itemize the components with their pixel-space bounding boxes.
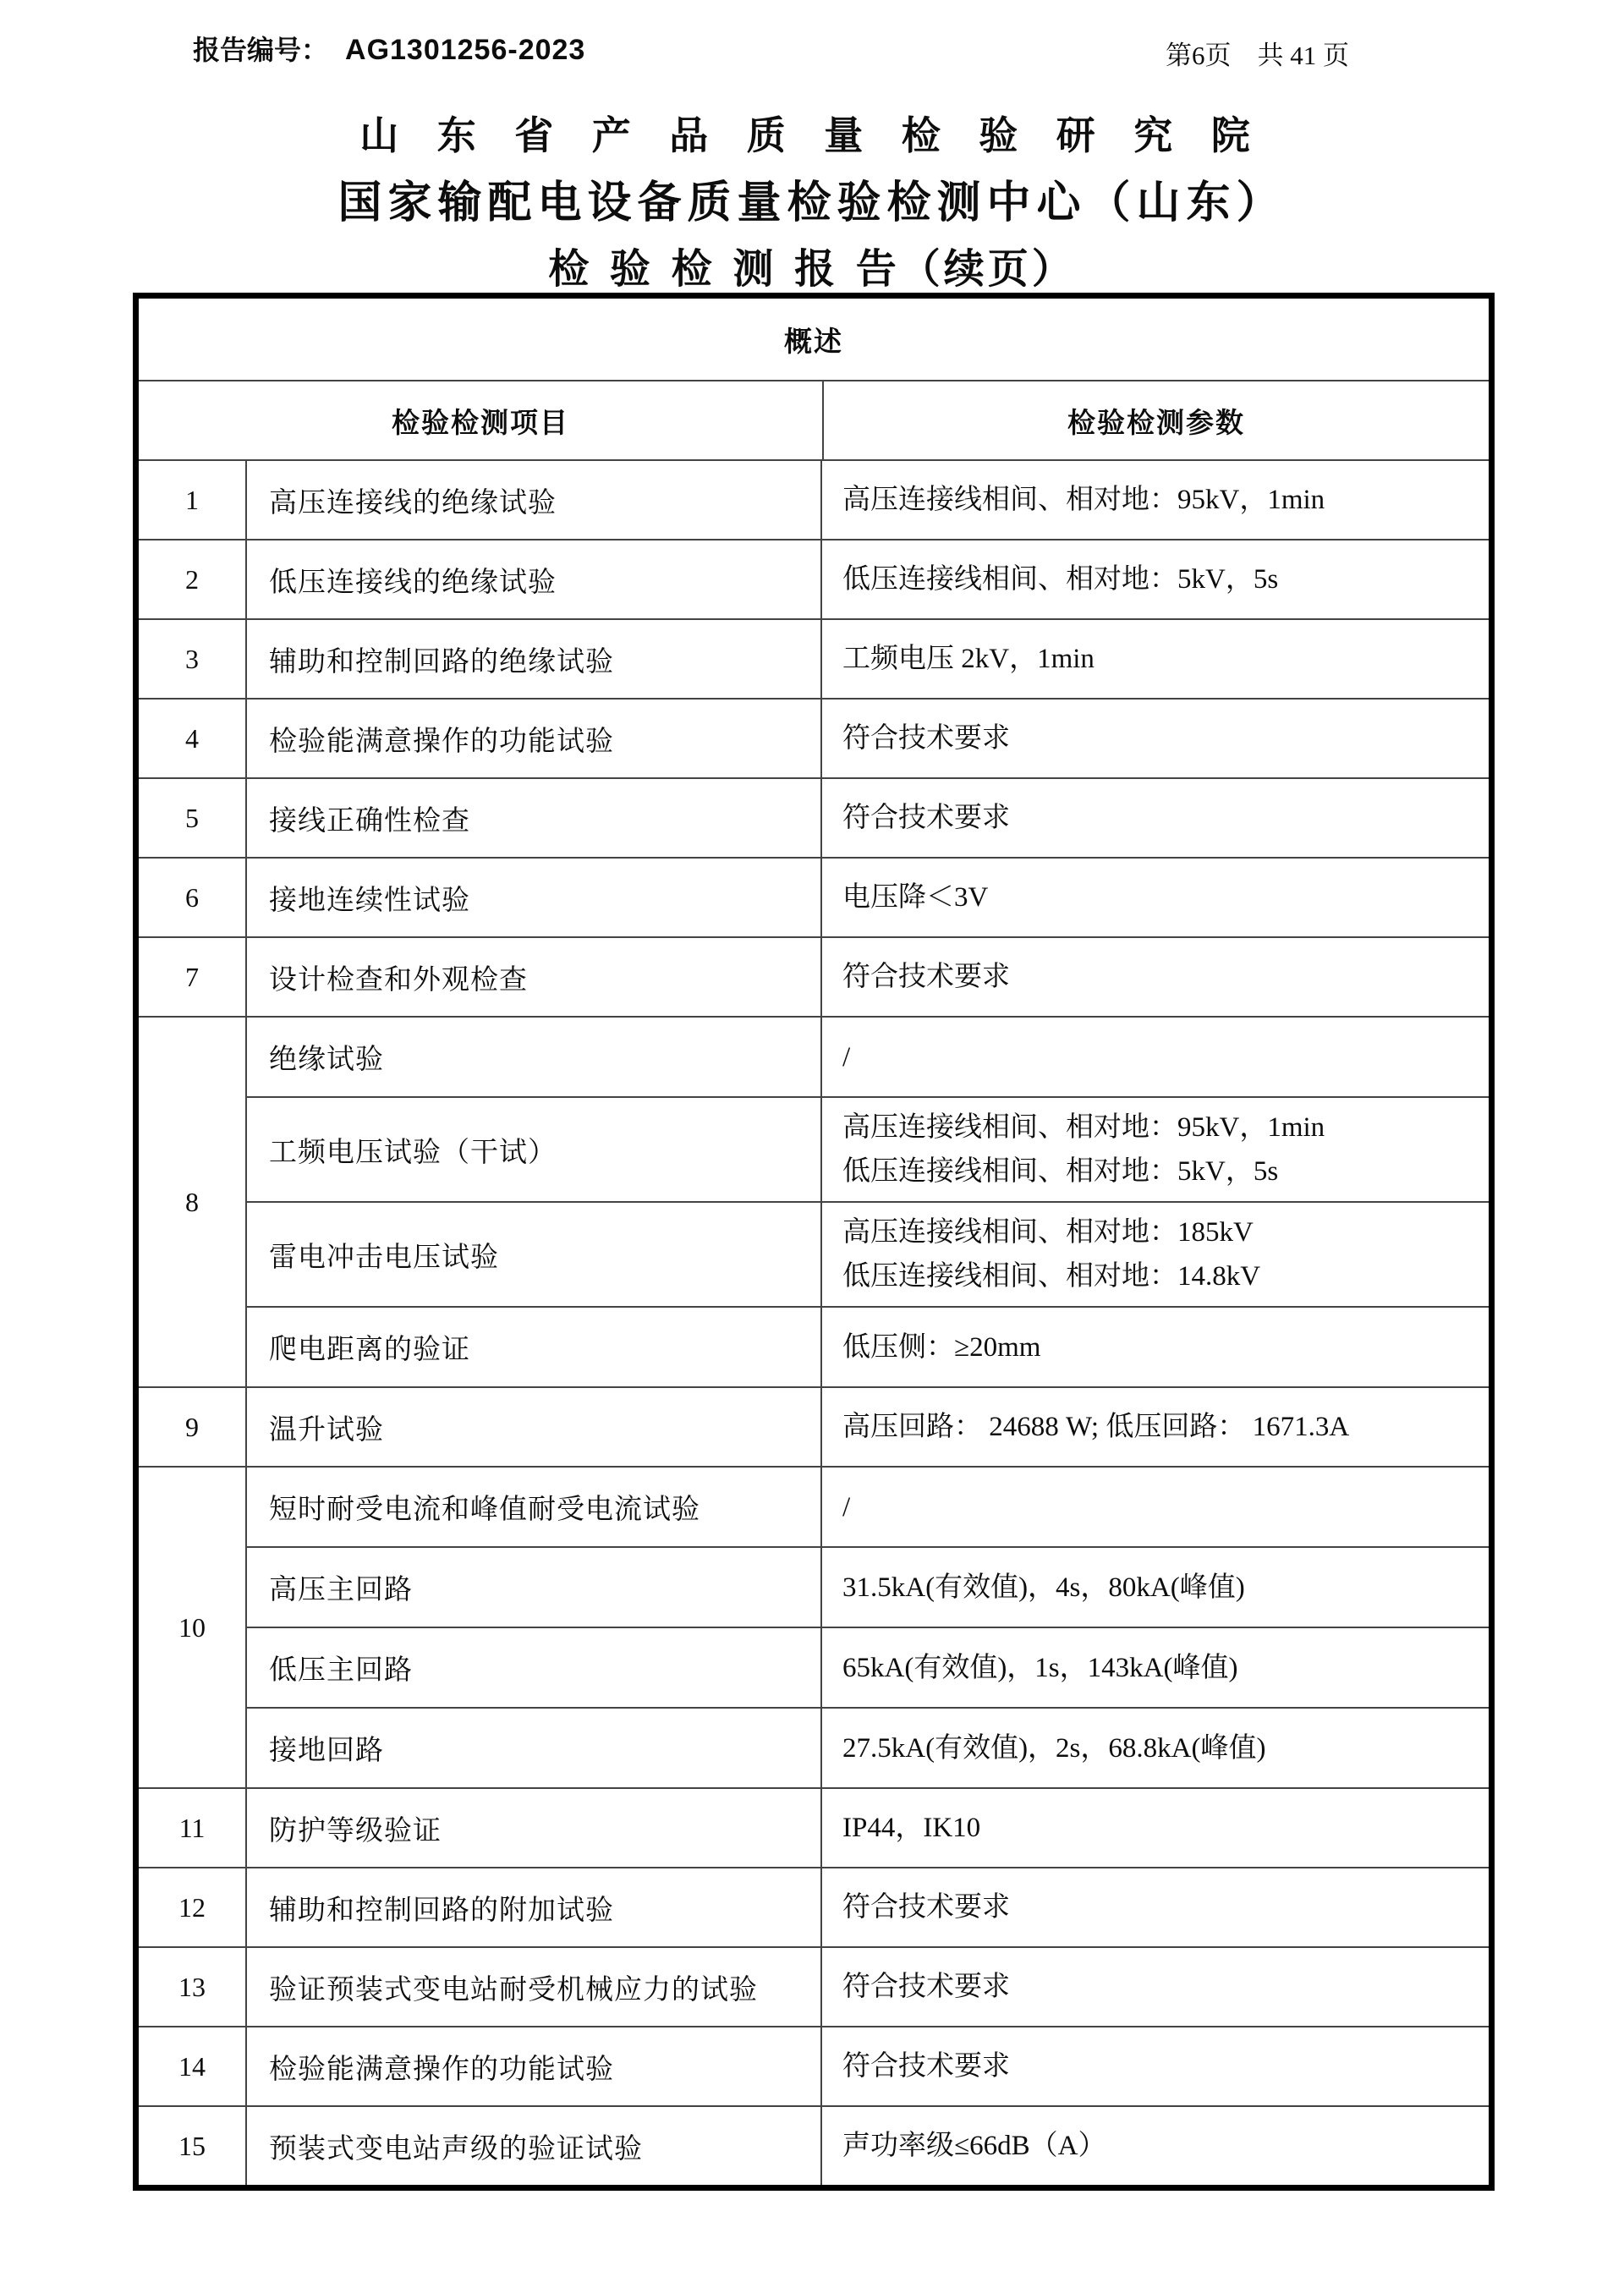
item-cell: 高压连接线的绝缘试验 [247,461,822,539]
param-line: 低压侧：≥20mm [842,1325,1480,1369]
table-row: 12辅助和控制回路的附加试验符合技术要求 [139,1867,1489,1946]
param-line: 高压连接线相间、相对地：95kV，1min [842,478,1480,522]
param-line: 符合技术要求 [842,2044,1480,2088]
table-row-group: 8绝缘试验/工频电压试验（干试）高压连接线相间、相对地：95kV，1min低压连… [139,1016,1489,1386]
item-cell: 验证预装式变电站耐受机械应力的试验 [247,1948,822,2026]
param-cell: 符合技术要求 [822,779,1489,857]
param-cell: 65kA(有效值)，1s，143kA(峰值) [822,1628,1489,1707]
param-line: 符合技术要求 [842,716,1480,760]
row-number-cell: 11 [139,1789,247,1867]
param-cell: 符合技术要求 [822,700,1489,777]
column-header-param: 检验检测参数 [824,381,1489,459]
item-cell: 低压主回路 [247,1628,822,1707]
param-line: 电压降＜3V [842,875,1480,919]
table-row: 5接线正确性检查符合技术要求 [139,777,1489,857]
param-line: 27.5kA(有效值)，2s，68.8kA(峰值) [842,1726,1480,1770]
table-row: 1高压连接线的绝缘试验高压连接线相间、相对地：95kV，1min [139,459,1489,539]
item-cell: 温升试验 [247,1388,822,1466]
table-caption: 概述 [139,299,1489,380]
row-number-cell: 8 [139,1018,247,1386]
report-title: 检 验 检 测 报 告（续页） [0,237,1624,301]
param-line: 65kA(有效值)，1s，143kA(峰值) [842,1646,1480,1690]
institute-title: 山 东 省 产 品 质 量 检 验 研 究 院 [0,103,1624,169]
table-row: 13验证预装式变电站耐受机械应力的试验符合技术要求 [139,1946,1489,2026]
table-subrow: 低压主回路65kA(有效值)，1s，143kA(峰值) [247,1627,1489,1707]
param-line: 低压连接线相间、相对地：14.8kV [842,1254,1480,1298]
row-number-cell: 2 [139,540,247,618]
table-row: 3辅助和控制回路的绝缘试验工频电压 2kV，1min [139,618,1489,698]
param-line: / [842,1485,1480,1529]
item-cell: 设计检查和外观检查 [247,938,822,1016]
item-cell: 短时耐受电流和峰值耐受电流试验 [247,1468,822,1546]
param-line: 符合技术要求 [842,1965,1480,2009]
report-number-label: 报告编号： [193,29,328,68]
item-cell: 辅助和控制回路的绝缘试验 [247,620,822,698]
param-cell: 符合技术要求 [822,938,1489,1016]
group-body: 绝缘试验/工频电压试验（干试）高压连接线相间、相对地：95kV，1min低压连接… [247,1018,1489,1386]
param-line: 声功率级≤66dB（A） [842,2124,1480,2168]
item-cell: 防护等级验证 [247,1789,822,1867]
param-cell: 低压侧：≥20mm [822,1308,1489,1386]
param-line: 31.5kA(有效值)，4s，80kA(峰值) [842,1566,1480,1610]
param-cell: 高压连接线相间、相对地：95kV，1min低压连接线相间、相对地：5kV，5s [822,1098,1489,1201]
item-cell: 工频电压试验（干试） [247,1098,822,1201]
table-row: 9温升试验高压回路： 24688 W; 低压回路： 1671.3A [139,1386,1489,1466]
param-cell: 符合技术要求 [822,2027,1489,2105]
table-row: 4检验能满意操作的功能试验符合技术要求 [139,698,1489,777]
param-cell: 高压连接线相间、相对地：185kV低压连接线相间、相对地：14.8kV [822,1203,1489,1306]
table-subrow: 雷电冲击电压试验高压连接线相间、相对地：185kV低压连接线相间、相对地：14.… [247,1201,1489,1306]
param-line: IP44，IK10 [842,1806,1480,1850]
table-row: 14检验能满意操作的功能试验符合技术要求 [139,2026,1489,2105]
report-page: 报告编号： AG1301256-2023 第6页 共 41 页 山 东 省 产 … [0,0,1624,2288]
row-number-cell: 13 [139,1948,247,2026]
param-line: 低压连接线相间、相对地：5kV，5s [842,557,1480,601]
table-row: 15预装式变电站声级的验证试验声功率级≤66dB（A） [139,2105,1489,2185]
item-cell: 预装式变电站声级的验证试验 [247,2107,822,2185]
item-cell: 低压连接线的绝缘试验 [247,540,822,618]
row-number-cell: 1 [139,461,247,539]
param-line: 符合技术要求 [842,796,1480,840]
param-cell: 电压降＜3V [822,859,1489,936]
item-cell: 接地回路 [247,1709,822,1787]
row-number-cell: 6 [139,859,247,936]
param-cell: / [822,1468,1489,1546]
param-cell: 27.5kA(有效值)，2s，68.8kA(峰值) [822,1709,1489,1787]
param-cell: / [822,1018,1489,1096]
row-number-cell: 9 [139,1388,247,1466]
item-cell: 雷电冲击电压试验 [247,1203,822,1306]
table-subrow: 高压主回路31.5kA(有效值)，4s，80kA(峰值) [247,1546,1489,1627]
param-cell: 符合技术要求 [822,1948,1489,2026]
param-line: 低压连接线相间、相对地：5kV，5s [842,1149,1480,1193]
center-title: 国家输配电设备质量检验检测中心（山东） [0,169,1624,237]
table-body: 1高压连接线的绝缘试验高压连接线相间、相对地：95kV，1min2低压连接线的绝… [139,459,1489,2185]
table-subrow: 短时耐受电流和峰值耐受电流试验/ [247,1468,1489,1546]
table-subrow: 绝缘试验/ [247,1018,1489,1096]
column-header-item: 检验检测项目 [139,381,824,459]
table-subrow: 爬电距离的验证低压侧：≥20mm [247,1306,1489,1386]
table-row: 6接地连续性试验电压降＜3V [139,857,1489,936]
param-cell: IP44，IK10 [822,1789,1489,1867]
row-number-cell: 5 [139,779,247,857]
page-indicator: 第6页 共 41 页 [1166,34,1349,72]
param-cell: 低压连接线相间、相对地：5kV，5s [822,540,1489,618]
row-number-cell: 4 [139,700,247,777]
item-cell: 辅助和控制回路的附加试验 [247,1868,822,1946]
param-line: 高压连接线相间、相对地：95kV，1min [842,1106,1480,1149]
item-cell: 高压主回路 [247,1548,822,1627]
table-subrow: 工频电压试验（干试）高压连接线相间、相对地：95kV，1min低压连接线相间、相… [247,1096,1489,1201]
param-line: 工频电压 2kV，1min [842,637,1480,681]
row-number-cell: 12 [139,1868,247,1946]
table-subrow: 接地回路27.5kA(有效值)，2s，68.8kA(峰值) [247,1707,1489,1787]
item-cell: 检验能满意操作的功能试验 [247,700,822,777]
param-line: 高压回路： 24688 W; 低压回路： 1671.3A [842,1405,1480,1449]
param-cell: 高压连接线相间、相对地：95kV，1min [822,461,1489,539]
table-row: 11防护等级验证IP44，IK10 [139,1787,1489,1867]
row-number-cell: 3 [139,620,247,698]
param-line: 符合技术要求 [842,955,1480,999]
param-cell: 声功率级≤66dB（A） [822,2107,1489,2185]
row-number-cell: 10 [139,1468,247,1787]
row-number-cell: 14 [139,2027,247,2105]
param-line: 符合技术要求 [842,1885,1480,1929]
title-block: 山 东 省 产 品 质 量 检 验 研 究 院 国家输配电设备质量检验检测中心（… [0,103,1624,301]
param-line: 高压连接线相间、相对地：185kV [842,1210,1480,1254]
item-cell: 接地连续性试验 [247,859,822,936]
group-body: 短时耐受电流和峰值耐受电流试验/高压主回路31.5kA(有效值)，4s，80kA… [247,1468,1489,1787]
table-header-row: 检验检测项目 检验检测参数 [139,380,1489,459]
row-number-cell: 7 [139,938,247,1016]
item-cell: 绝缘试验 [247,1018,822,1096]
param-cell: 符合技术要求 [822,1868,1489,1946]
param-line: / [842,1035,1480,1079]
table-row: 7设计检查和外观检查符合技术要求 [139,936,1489,1016]
row-number-cell: 15 [139,2107,247,2185]
report-number-block: 报告编号： AG1301256-2023 [193,29,585,68]
param-cell: 高压回路： 24688 W; 低压回路： 1671.3A [822,1388,1489,1466]
item-cell: 爬电距离的验证 [247,1308,822,1386]
overview-table: 概述 检验检测项目 检验检测参数 1高压连接线的绝缘试验高压连接线相间、相对地：… [133,293,1495,2191]
table-row-group: 10短时耐受电流和峰值耐受电流试验/高压主回路31.5kA(有效值)，4s，80… [139,1466,1489,1787]
item-cell: 接线正确性检查 [247,779,822,857]
table-row: 2低压连接线的绝缘试验低压连接线相间、相对地：5kV，5s [139,539,1489,618]
item-cell: 检验能满意操作的功能试验 [247,2027,822,2105]
param-cell: 工频电压 2kV，1min [822,620,1489,698]
param-cell: 31.5kA(有效值)，4s，80kA(峰值) [822,1548,1489,1627]
report-number-value: AG1301256-2023 [345,34,585,67]
